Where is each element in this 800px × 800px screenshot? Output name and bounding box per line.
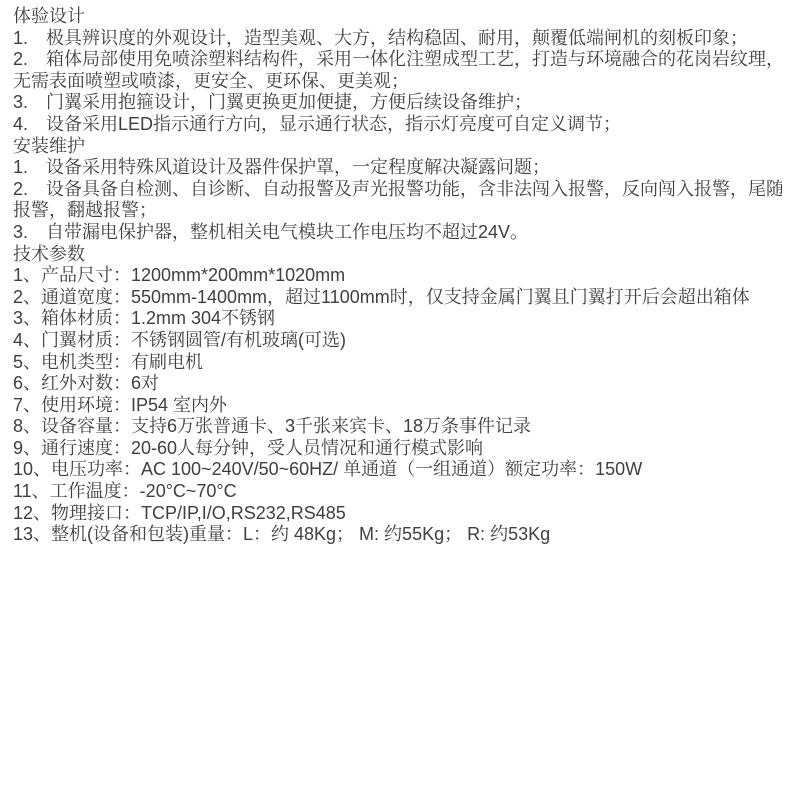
text-line-voltage-power: 10、电压功率：AC 100~240V/50~60HZ/ 单通道（一组通道）额定… <box>13 459 782 481</box>
text-line-passing-speed: 9、通行速度：20-60人每分钟，受人员情况和通行模式影响 <box>13 438 782 460</box>
text-line-cabinet-material: 3、箱体材质：1.2mm 304不锈钢 <box>13 308 782 330</box>
section-heading-experience-design: 体验设计 <box>13 6 782 28</box>
text-line-infrared-pairs: 6、红外对数：6对 <box>13 373 782 395</box>
text-line: 2. 设备具备自检测、自诊断、自动报警及声光报警功能，含非法闯入报警，反向闯入报… <box>13 179 782 201</box>
section-heading-technical-parameters: 技术参数 <box>13 244 782 266</box>
text-line: 1. 设备采用特殊风道设计及器件保护罩，一定程度解决凝露问题； <box>13 157 782 179</box>
text-line-motor-type: 5、电机类型：有刷电机 <box>13 352 782 374</box>
text-line-environment: 7、使用环境：IP54 室内外 <box>13 395 782 417</box>
text-line-product-size: 1、产品尺寸：1200mm*200mm*1020mm <box>13 265 782 287</box>
text-line: 1. 极具辨识度的外观设计，造型美观、大方，结构稳固、耐用，颠覆低端闸机的刻板印… <box>13 28 782 50</box>
text-line-channel-width: 2、通道宽度：550mm-1400mm，超过1100mm时，仅支持金属门翼且门翼… <box>13 287 782 309</box>
document: 体验设计 1. 极具辨识度的外观设计，造型美观、大方，结构稳固、耐用，颠覆低端闸… <box>0 0 800 800</box>
text-line: 无需表面喷塑或喷漆，更安全、更环保、更美观； <box>13 71 782 93</box>
text-line-physical-interface: 12、物理接口：TCP/IP,I/O,RS232,RS485 <box>13 503 782 525</box>
text-line: 2. 箱体局部使用免喷涂塑料结构件，采用一体化注塑成型工艺，打造与环境融合的花岗… <box>13 49 782 71</box>
text-line-wing-material: 4、门翼材质：不锈钢圆管/有机玻璃(可选) <box>13 330 782 352</box>
text-line-weight: 13、整机(设备和包装)重量：L：约 48Kg； M: 约55Kg； R: 约5… <box>13 524 782 546</box>
text-line: 4. 设备采用LED指示通行方向，显示通行状态，指示灯亮度可自定义调节； <box>13 114 782 136</box>
text-line: 3. 门翼采用抱箍设计，门翼更换更加便捷，方便后续设备维护； <box>13 92 782 114</box>
text-line: 3. 自带漏电保护器，整机相关电气模块工作电压均不超过24V。 <box>13 222 782 244</box>
text-line-capacity: 8、设备容量：支持6万张普通卡、3千张来宾卡、18万条事件记录 <box>13 416 782 438</box>
text-line: 报警，翻越报警； <box>13 200 782 222</box>
section-heading-installation-maintenance: 安装维护 <box>13 136 782 158</box>
text-line-working-temperature: 11、工作温度：-20°C~70°C <box>13 481 782 503</box>
